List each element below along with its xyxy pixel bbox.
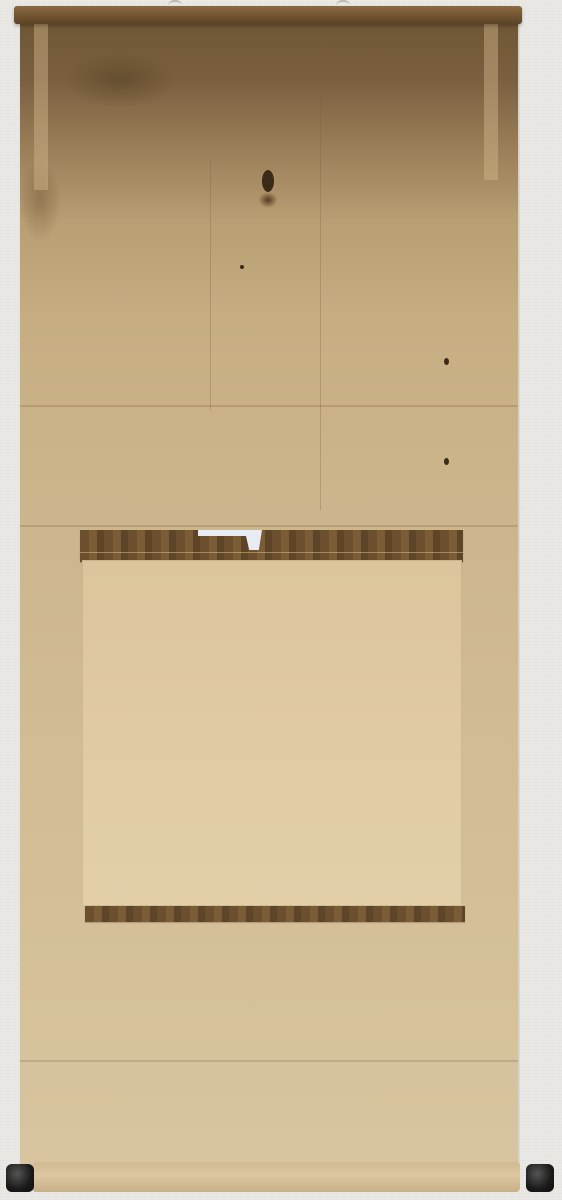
stain-spot <box>262 170 274 192</box>
stain-spot <box>444 358 449 365</box>
fold-line <box>20 1060 518 1062</box>
lower-band <box>85 906 465 922</box>
roller-knob-left <box>6 1164 34 1192</box>
central-panel <box>82 560 462 906</box>
upper-band <box>80 530 463 562</box>
left-edge-strip <box>34 20 48 190</box>
bottom-roller <box>32 1162 520 1192</box>
vertical-seam <box>210 160 211 410</box>
stain-spot <box>444 458 449 465</box>
roller-knob-right <box>526 1164 554 1192</box>
top-rod <box>14 6 522 24</box>
stain-spot <box>240 265 244 269</box>
vertical-seam <box>320 40 321 510</box>
fold-line <box>20 525 518 527</box>
fold-line <box>20 405 518 407</box>
right-edge-strip <box>484 20 498 180</box>
